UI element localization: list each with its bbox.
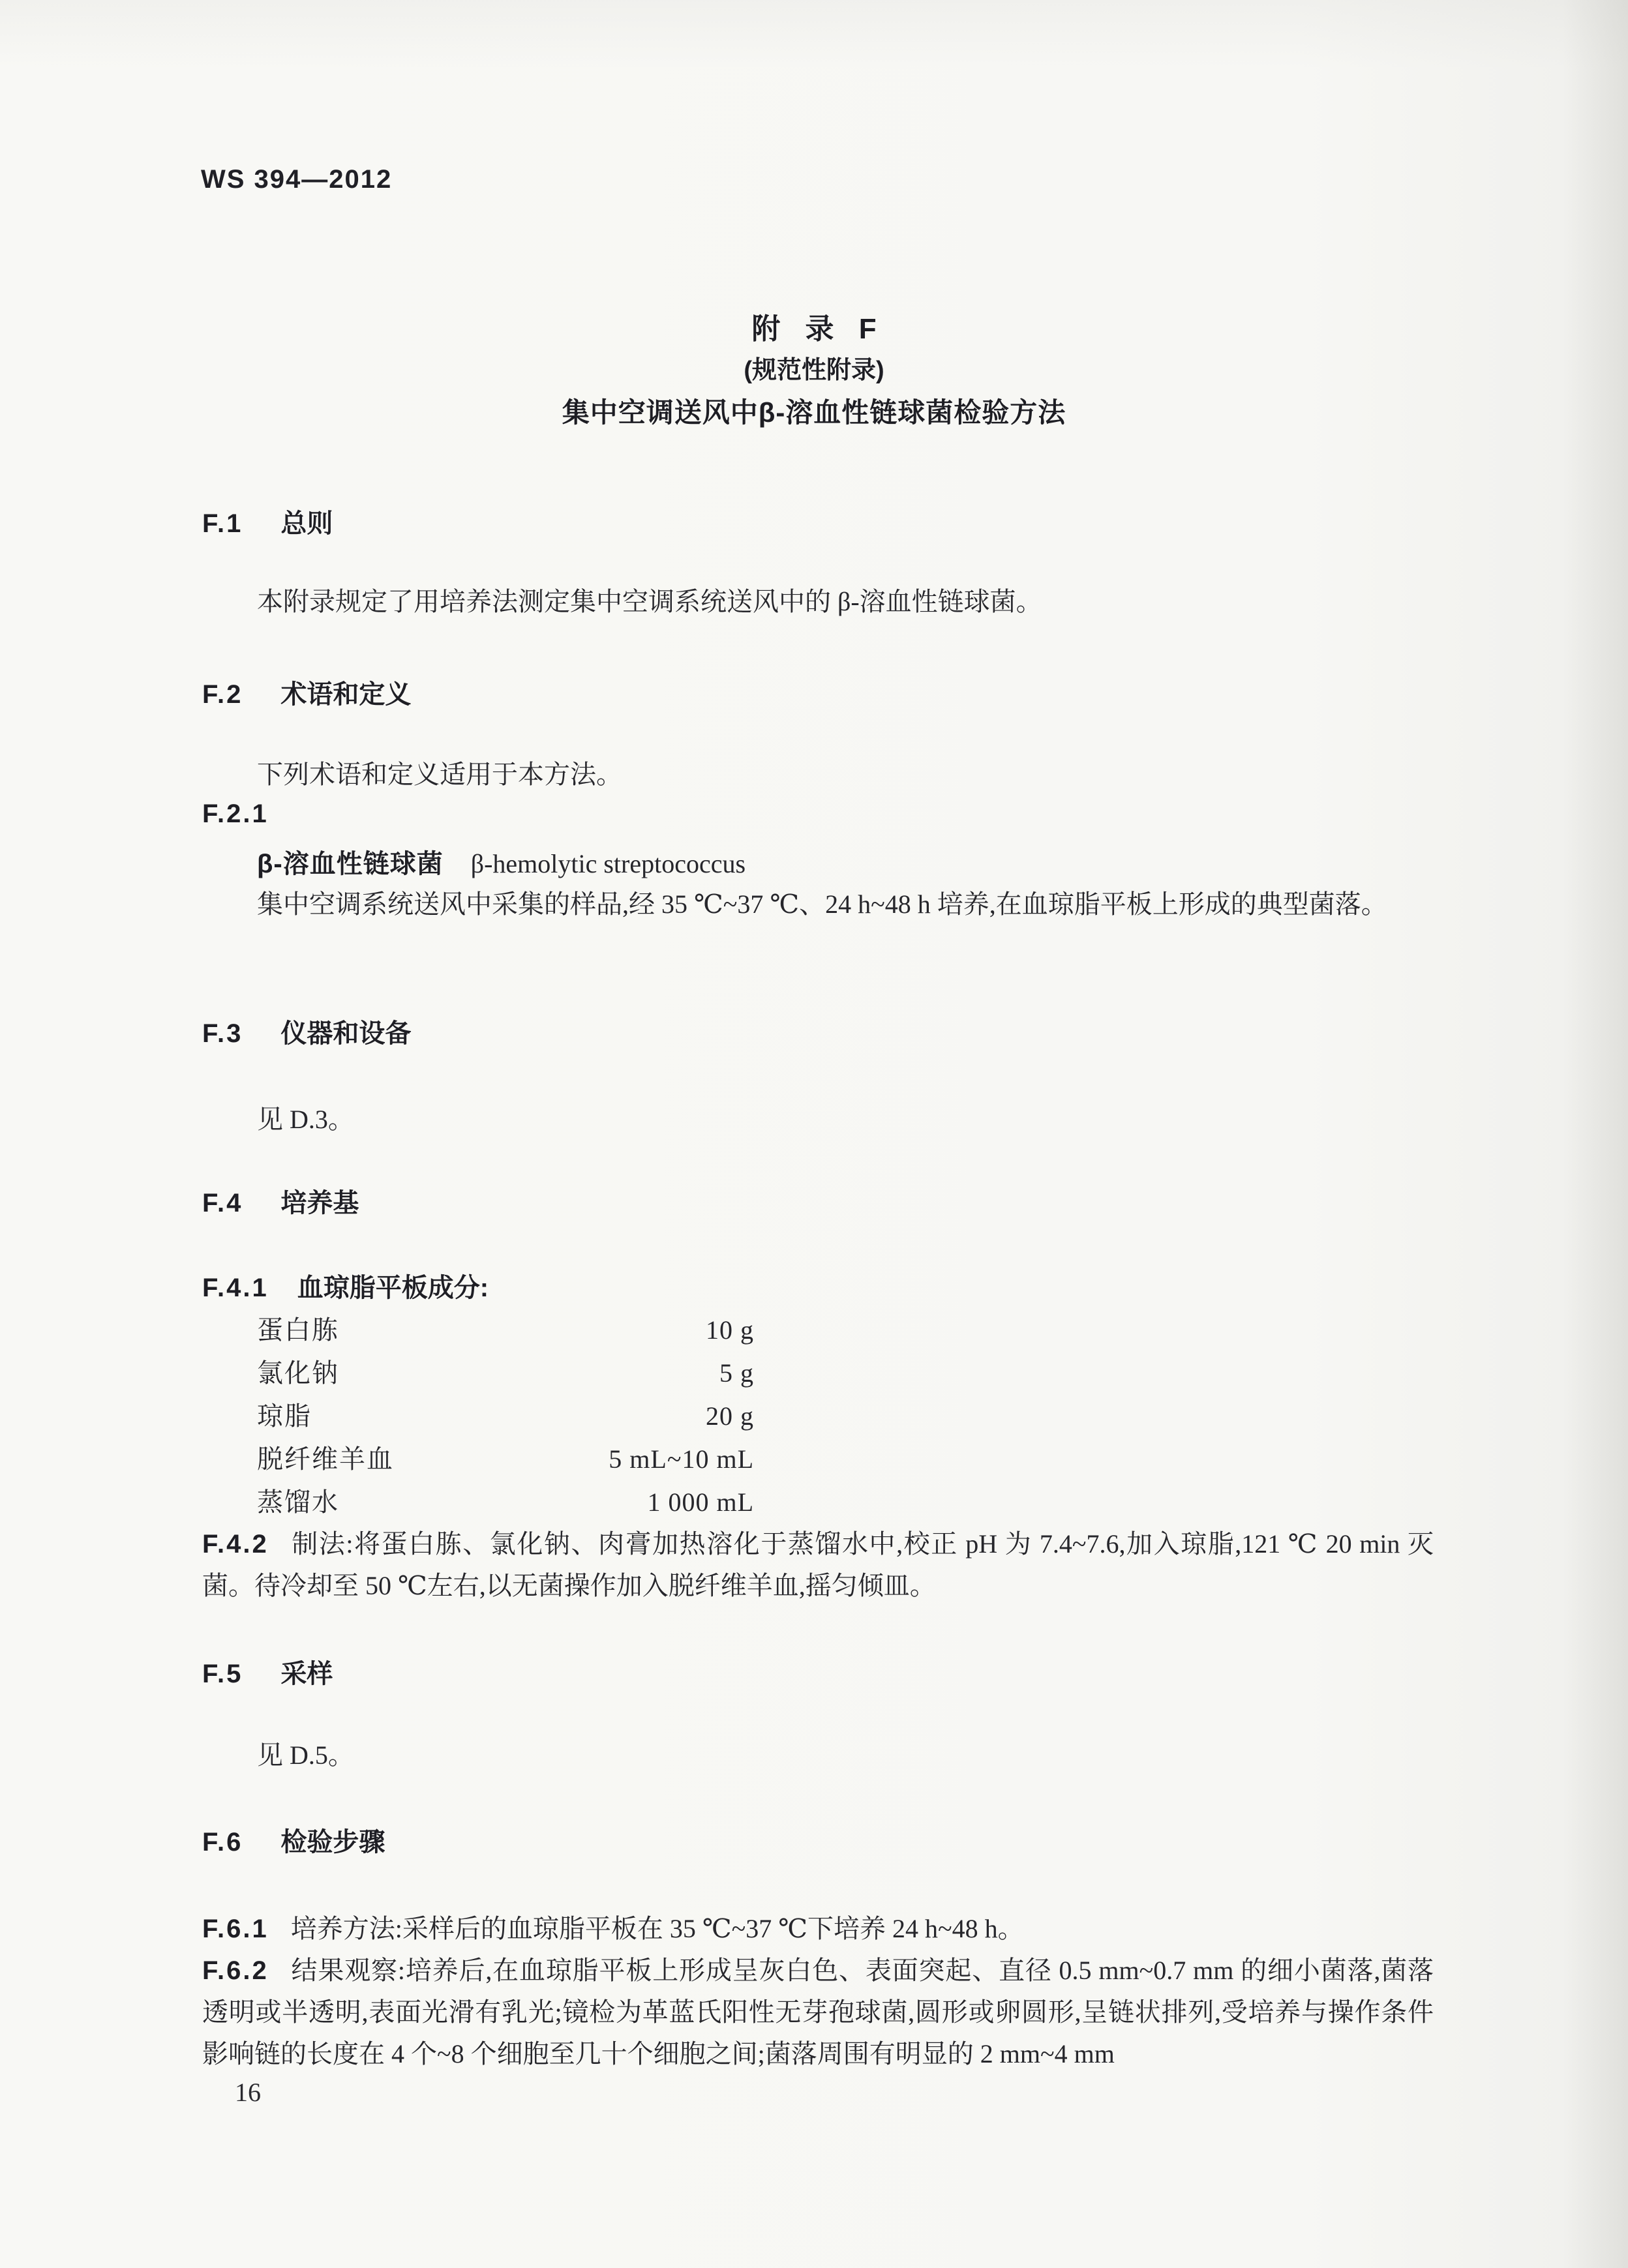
appendix-title: 附 录 F: [0, 305, 1628, 347]
section-number-f2: F.2: [202, 680, 243, 709]
page-number: 16: [235, 2077, 261, 2108]
ingredient-amount: 5 mL~10 mL: [609, 1438, 754, 1481]
section-number-f1: F.1: [202, 509, 243, 539]
section-title-f4: 培养基: [280, 1189, 359, 1217]
ingredient-amount: 5 g: [719, 1352, 754, 1395]
ingredient-row: 蒸馏水 1 000 mL: [257, 1481, 754, 1524]
section-title-f3: 仪器和设备: [280, 1019, 411, 1048]
section-title-f6: 检验步骤: [280, 1828, 385, 1857]
ingredient-amount: 10 g: [706, 1309, 754, 1352]
ingredient-name: 蛋白胨: [257, 1309, 339, 1352]
paragraph-f5-body: 见 D.5。: [257, 1735, 354, 1772]
paragraph-f61: F.6.1培养方法:采样后的血琼脂平板在 35 ℃~37 ℃下培养 24 h~4…: [202, 1908, 1434, 1950]
section-heading-f3: F.3仪器和设备: [202, 1013, 411, 1050]
section-heading-f6: F.6检验步骤: [202, 1821, 385, 1858]
doc-code-header: WS 394—2012: [201, 165, 392, 194]
ingredient-name: 琼脂: [257, 1395, 312, 1438]
paragraph-f61-text: 培养方法:采样后的血琼脂平板在 35 ℃~37 ℃下培养 24 h~48 h。: [291, 1914, 1024, 1943]
paragraph-f3-body: 见 D.3。: [257, 1099, 354, 1136]
section-number-f6: F.6: [202, 1828, 243, 1857]
ingredient-row: 蛋白胨 10 g: [257, 1309, 754, 1352]
term-english: β-hemolytic streptococcus: [471, 849, 746, 878]
subsection-number-f41: F.4.1: [202, 1274, 269, 1303]
section-heading-f4: F.4培养基: [202, 1182, 359, 1219]
section-number-f4: F.4: [202, 1189, 243, 1218]
subsection-title-f41: 血琼脂平板成分:: [297, 1274, 489, 1302]
document-page: WS 394—2012 附 录 F (规范性附录) 集中空调送风中β-溶血性链球…: [0, 0, 1628, 2268]
section-number-f5: F.5: [202, 1660, 243, 1689]
ingredient-row: 氯化钠 5 g: [257, 1352, 754, 1395]
term-definition-line: β-溶血性链球菌β-hemolytic streptococcus: [257, 843, 746, 880]
ingredient-row: 脱纤维羊血 5 mL~10 mL: [257, 1438, 754, 1481]
term-chinese: β-溶血性链球菌: [257, 850, 444, 878]
paragraph-f62-text: 结果观察:培养后,在血琼脂平板上形成呈灰白色、表面突起、直径 0.5 mm~0.…: [202, 1956, 1434, 2068]
paragraph-f42-text: 制法:将蛋白胨、氯化钠、肉膏加热溶化于蒸馏水中,校正 pH 为 7.4~7.6,…: [202, 1529, 1434, 1600]
ingredient-name: 蒸馏水: [257, 1481, 339, 1524]
section-title-f1: 总则: [280, 509, 333, 538]
section-heading-f2: F.2术语和定义: [202, 674, 411, 711]
paragraph-f2-intro: 下列术语和定义适用于本方法。: [202, 754, 1434, 796]
section-heading-f5: F.5采样: [202, 1653, 333, 1690]
paragraph-f21-definition: 集中空调系统送风中采集的样品,经 35 ℃~37 ℃、24 h~48 h 培养,…: [202, 884, 1434, 925]
appendix-name: 集中空调送风中β-溶血性链球菌检验方法: [0, 391, 1628, 430]
ingredient-list: 蛋白胨 10 g 氯化钠 5 g 琼脂 20 g 脱纤维羊血 5 mL~10 m…: [257, 1309, 754, 1524]
section-number-f3: F.3: [202, 1019, 243, 1049]
paragraph-f1-body: 本附录规定了用培养法测定集中空调系统送风中的 β-溶血性链球菌。: [202, 581, 1434, 623]
ingredient-amount: 1 000 mL: [647, 1481, 754, 1524]
section-heading-f1: F.1总则: [202, 503, 333, 540]
paragraph-number-f62: F.6.2: [202, 1956, 269, 1985]
subsection-number-f21: F.2.1: [202, 799, 269, 829]
ingredient-name: 氯化钠: [257, 1352, 339, 1395]
subsection-heading-f41: F.4.1血琼脂平板成分:: [202, 1267, 489, 1304]
ingredient-name: 脱纤维羊血: [257, 1438, 394, 1481]
section-title-f2: 术语和定义: [280, 680, 411, 709]
ingredient-amount: 20 g: [706, 1395, 754, 1438]
paragraph-number-f61: F.6.1: [202, 1915, 269, 1943]
paragraph-f62: F.6.2结果观察:培养后,在血琼脂平板上形成呈灰白色、表面突起、直径 0.5 …: [202, 1950, 1434, 2075]
ingredient-row: 琼脂 20 g: [257, 1395, 754, 1438]
paragraph-f42: F.4.2制法:将蛋白胨、氯化钠、肉膏加热溶化于蒸馏水中,校正 pH 为 7.4…: [202, 1523, 1434, 1607]
paragraph-number-f42: F.4.2: [202, 1530, 269, 1559]
section-title-f5: 采样: [280, 1660, 333, 1688]
appendix-subtitle: (规范性附录): [0, 350, 1628, 385]
